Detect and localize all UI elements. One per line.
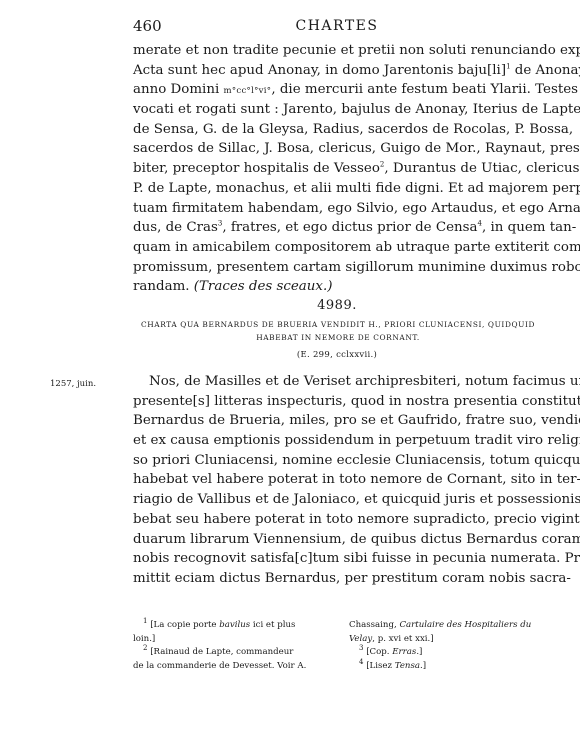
footnote-2-cont: de la commanderie de Devesset. Voir A. — [133, 660, 331, 674]
text-line: P. de Lapte, monachus, et alii multi fid… — [133, 179, 541, 199]
footnotes-right-column: Chassaing, Cartulaire des Hospitaliers d… — [349, 619, 541, 673]
text-line: tuam firmitatem habendam, ego Silvio, eg… — [133, 199, 541, 219]
document-page: 460 CHARTES merate et non tradite pecuni… — [0, 0, 580, 745]
charter-number: 4989. — [133, 298, 541, 313]
footnote-1-cont: loin.] — [133, 633, 331, 647]
charter-source: (E. 299, cclxxvii.) — [133, 350, 541, 360]
footnote-3: 3 [Cop. Erras.] — [349, 646, 541, 660]
text-line: biter, preceptor hospitalis de Vesseo2, … — [133, 159, 541, 179]
text-line: duarum librarum Viennensium, de quibus d… — [133, 530, 541, 550]
text-line: so priori Cluniacensi, nomine ecclesie C… — [133, 451, 541, 471]
text-line: merate et non tradite pecunie et pretii … — [133, 41, 541, 61]
text-line: anno Domini m°cc°l°vi°, die mercurii ant… — [133, 80, 541, 100]
text-line: promissum, presentem cartam sigillorum m… — [133, 258, 541, 278]
text-line: de Sensa, G. de la Gleysa, Radius, sacer… — [133, 120, 541, 140]
footnote-2-cont: Velay, p. xvi et xxi.] — [349, 633, 541, 647]
footnote-1: 1 [La copie porte bavilus ici et plus — [133, 619, 331, 633]
text-line: presente[s] litteras inspecturis, quod i… — [133, 392, 541, 412]
seals-note: (Traces des sceaux.) — [194, 279, 333, 294]
running-head: 460 CHARTES — [133, 17, 541, 37]
footnote-2-cont: Chassaing, Cartulaire des Hospitaliers d… — [349, 619, 541, 633]
footnote-4: 4 [Lisez Tensa.] — [349, 660, 541, 674]
text-line: habebat vel habere poterat in toto nemor… — [133, 470, 541, 490]
charter-heading: CHARTA QUA BERNARDUS DE BRUERIA VENDIDIT… — [140, 318, 536, 344]
text-line: mittit eciam dictus Bernardus, per prest… — [133, 569, 541, 589]
text-line: bebat seu habere poterat in toto nemore … — [133, 510, 541, 530]
text-line: vocati et rogati sunt : Jarento, bajulus… — [133, 100, 541, 120]
text-line: Nos, de Masilles et de Veriset archipres… — [133, 372, 541, 392]
date-roman: m°cc°l°vi° — [224, 86, 272, 96]
charter-4988-conclusion: merate et non tradite pecunie et pretii … — [133, 41, 541, 297]
text-line: quam in amicabilem compositorem ab utraq… — [133, 238, 541, 258]
text-line: dus, de Cras3, fratres, et ego dictus pr… — [133, 218, 541, 238]
running-title: CHARTES — [133, 18, 541, 34]
text-line: Acta sunt hec apud Anonay, in domo Jaren… — [133, 61, 541, 81]
margin-date: 1257, juin. — [50, 379, 96, 389]
text-line: Bernardus de Brueria, miles, pro se et G… — [133, 411, 541, 431]
footnotes-left-column: 1 [La copie porte bavilus ici et plus lo… — [133, 619, 331, 673]
text-line: sacerdos de Sillac, J. Bosa, clericus, G… — [133, 139, 541, 159]
footnote-2: 2 [Rainaud de Lapte, commandeur — [133, 646, 331, 660]
charter-4989-text: Nos, de Masilles et de Veriset archipres… — [133, 372, 541, 589]
text-line: nobis recognovit satisfa[c]tum sibi fuis… — [133, 549, 541, 569]
text-line: riagio de Vallibus et de Jaloniaco, et q… — [133, 490, 541, 510]
text-line: randam. (Traces des sceaux.) — [133, 277, 541, 297]
text-line: et ex causa emptionis possidendum in per… — [133, 431, 541, 451]
